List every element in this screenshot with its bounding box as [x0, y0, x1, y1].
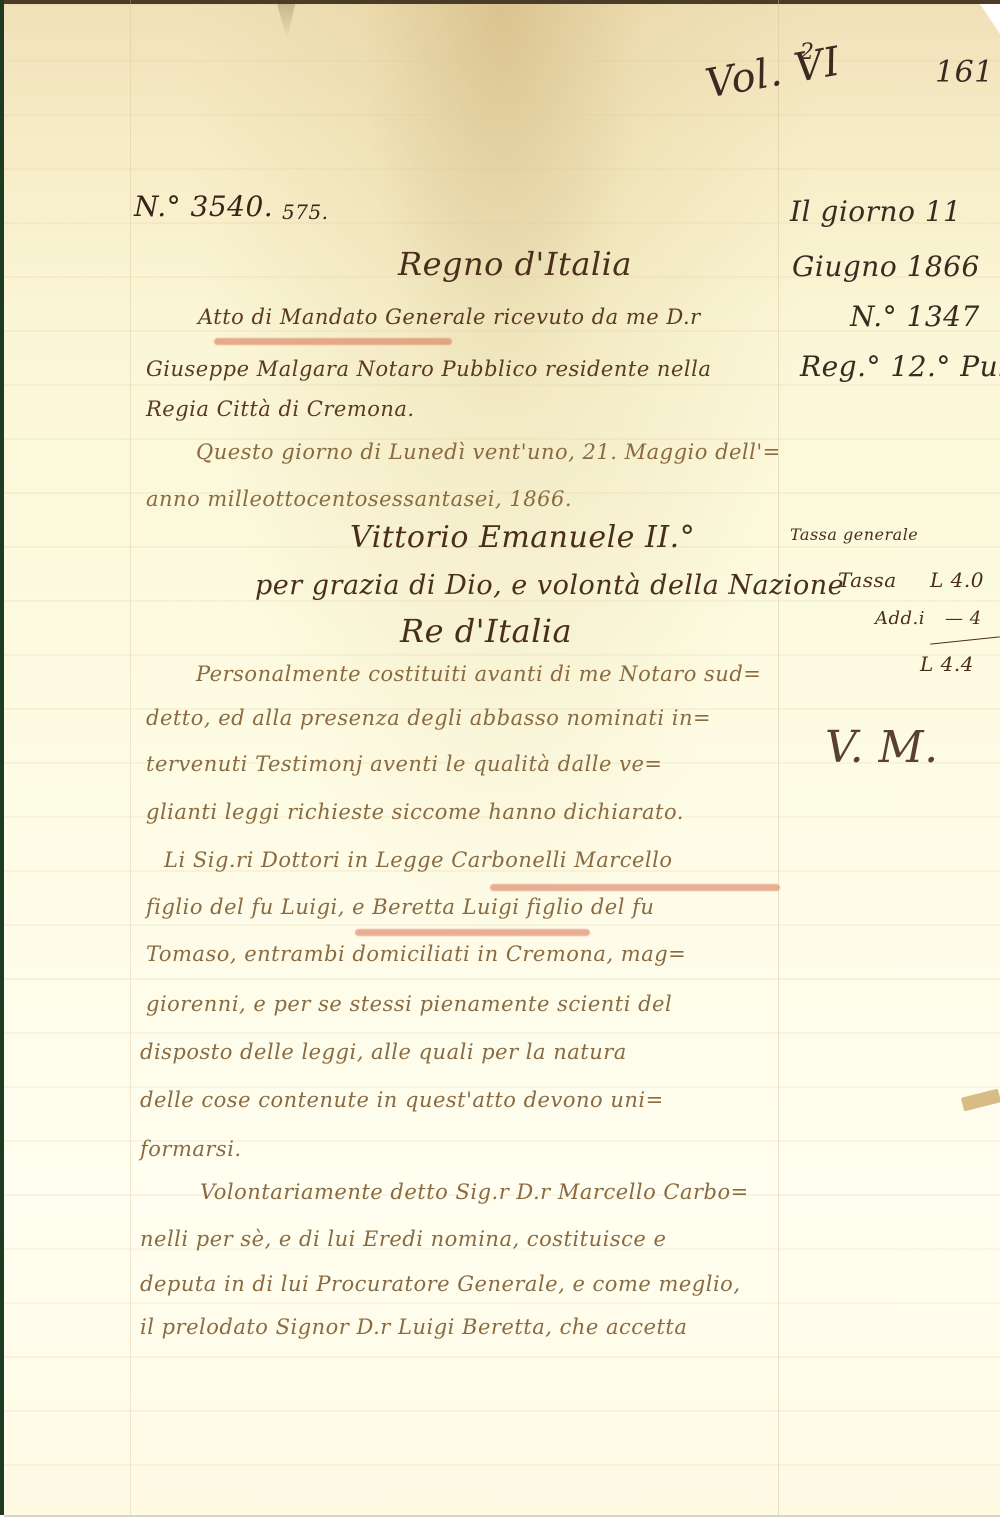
body-line: Tomaso, entrambi domiciliati in Cremona,…: [146, 942, 686, 966]
sovereign-formula: per grazia di Dio, e volontà della Nazio…: [255, 570, 844, 601]
scan-top-edge: [0, 0, 1000, 4]
page-number: 161: [935, 55, 994, 90]
intro-line: anno milleottocentosessantasei, 1866.: [146, 487, 572, 511]
body-line: Personalmente costituiti avanti di me No…: [196, 662, 761, 686]
body-line: detto, ed alla presenza degli abbasso no…: [146, 706, 711, 730]
body-line: formarsi.: [140, 1137, 242, 1161]
body-line: il prelodato Signor D.r Luigi Beretta, c…: [140, 1315, 687, 1339]
left-margin-rule: [130, 0, 131, 1515]
sovereign-name: Vittorio Emanuele II.°: [350, 520, 695, 555]
initials-signature: V. M.: [825, 722, 939, 773]
red-pencil-underline: [214, 338, 452, 345]
document-sub-number: 575.: [282, 200, 329, 224]
volume-annotation: 2: [800, 40, 815, 65]
red-pencil-underline: [490, 884, 780, 891]
intro-line: Regia Città di Cremona.: [146, 397, 415, 421]
intro-line: Giuseppe Malgara Notaro Pubblico residen…: [146, 357, 711, 381]
document-number: N.° 3540.: [134, 190, 273, 223]
page-heading: Regno d'Italia: [398, 245, 632, 283]
fee-label: Tassa: [838, 568, 897, 592]
body-line: tervenuti Testimonj aventi le qualità da…: [146, 752, 663, 776]
body-line: delle cose contenute in quest'atto devon…: [140, 1088, 664, 1112]
sovereign-title: Re d'Italia: [400, 612, 572, 650]
body-line: giorenni, e per se stessi pienamente sci…: [146, 992, 672, 1016]
registration-line: Giugno 1866: [792, 250, 980, 283]
fee-label: Add.i: [875, 608, 925, 629]
fee-value: L 4.0: [930, 568, 984, 592]
red-pencil-underline: [355, 929, 590, 936]
body-line: nelli per sè, e di lui Eredi nomina, cos…: [140, 1227, 666, 1251]
fee-value: — 4: [945, 608, 982, 629]
intro-line: Questo giorno di Lunedì vent'uno, 21. Ma…: [196, 440, 781, 464]
paper-tear: [276, 0, 296, 40]
scan-left-edge: [0, 0, 4, 1515]
body-line: Volontariamente detto Sig.r D.r Marcello…: [200, 1180, 749, 1204]
fee-total: L 4.4: [920, 652, 974, 676]
body-line: Li Sig.ri Dottori in Legge Carbonelli Ma…: [164, 848, 673, 872]
registration-line: Il giorno 11: [790, 195, 961, 228]
right-column-rule: [778, 0, 779, 1515]
registration-line: Reg.° 12.° Pubb.: [800, 350, 1000, 383]
body-line: figlio del fu Luigi, e Beretta Luigi fig…: [146, 895, 654, 919]
registration-line: N.° 1347: [850, 300, 980, 333]
fees-heading: Tassa generale: [790, 525, 918, 544]
corner-fold: [980, 4, 1000, 34]
intro-line: Atto di Mandato Generale ricevuto da me …: [198, 305, 701, 329]
body-line: disposto delle leggi, alle quali per la …: [140, 1040, 627, 1064]
body-line: glianti leggi richieste siccome hanno di…: [146, 800, 684, 824]
page-bottom-edge: [4, 1515, 1000, 1517]
body-line: deputa in di lui Procuratore Generale, e…: [140, 1272, 741, 1296]
